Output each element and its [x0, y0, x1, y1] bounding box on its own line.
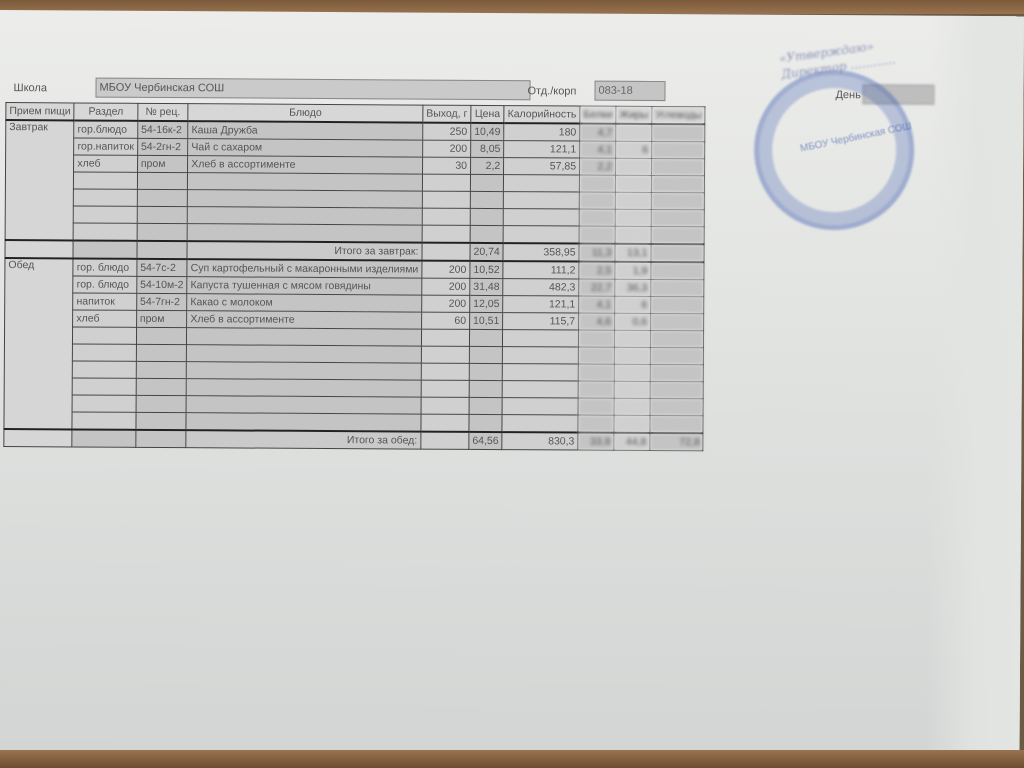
- cell-price: 10,49: [471, 123, 504, 141]
- cell-dish: [186, 379, 421, 397]
- cell-section: гор. блюдо: [73, 258, 137, 276]
- cell-section: [73, 223, 137, 241]
- cell-kcal: 57,85: [504, 158, 580, 175]
- cell-recipe: пром: [136, 310, 187, 327]
- cell-weight: 60: [421, 312, 469, 329]
- cell-dish: Какао с молоком: [187, 294, 422, 312]
- cell-recipe: 54-16к-2: [138, 121, 189, 139]
- cell-dish: [187, 345, 422, 363]
- cell-price: [470, 208, 503, 225]
- cell-fat: 0,6: [615, 313, 651, 330]
- cell-carbs: [650, 364, 704, 381]
- cell-weight: [421, 397, 469, 414]
- cell-dish: [187, 224, 422, 243]
- cell-fat: 6: [615, 296, 651, 313]
- cell-dish: [187, 328, 422, 346]
- column-header: № рец.: [138, 103, 189, 121]
- total-label: Итого за обед:: [186, 430, 421, 449]
- cell-kcal: [504, 175, 580, 192]
- cell-protein: [578, 364, 614, 381]
- cell-recipe: пром: [137, 155, 188, 172]
- total-carbs: [651, 244, 705, 262]
- desk-background-bottom: [0, 750, 1024, 768]
- cell-section: [73, 206, 137, 223]
- cell-dish: Суп картофельный с макаронными изделиями: [187, 259, 422, 278]
- cell-protein: [579, 226, 615, 244]
- cell-recipe: [136, 412, 187, 430]
- cell-carbs: [651, 158, 705, 175]
- cell-section: [72, 412, 136, 430]
- cell-weight: [422, 191, 470, 208]
- cell-protein: [578, 330, 614, 347]
- cell-recipe: [136, 327, 187, 344]
- cell-kcal: [502, 364, 578, 381]
- empty-cell: [421, 432, 469, 450]
- cell-kcal: 111,2: [503, 261, 579, 279]
- day-label: День: [835, 89, 860, 101]
- cell-weight: 250: [423, 123, 471, 141]
- cell-recipe: [137, 189, 188, 206]
- cell-price: [469, 363, 502, 380]
- cell-section: [72, 395, 136, 412]
- cell-price: [469, 397, 502, 414]
- cell-protein: 2,2: [580, 158, 616, 175]
- cell-dish: Чай с сахаром: [188, 139, 423, 157]
- column-header: Цена: [471, 105, 504, 123]
- cell-price: 2,2: [470, 157, 503, 174]
- cell-section: хлеб: [74, 155, 138, 172]
- cell-dish: [187, 207, 422, 225]
- cell-carbs: [651, 313, 705, 330]
- cell-dish: Капуста тушенная с мясом говядины: [187, 277, 422, 295]
- total-fat: 44,8: [614, 433, 650, 451]
- empty-cell: [422, 243, 470, 261]
- cell-weight: [421, 380, 469, 397]
- cell-section: гор.напиток: [74, 138, 138, 155]
- cell-recipe: [137, 172, 188, 189]
- cell-recipe: 54-2гн-2: [137, 138, 188, 155]
- cell-dish: [188, 173, 423, 191]
- cell-recipe: 54-10м-2: [137, 276, 188, 293]
- cell-kcal: [503, 330, 579, 347]
- empty-cell: [137, 241, 188, 259]
- school-field: МБОУ Чербинская СОШ: [95, 78, 530, 101]
- cell-kcal: [502, 398, 578, 415]
- empty-cell: [136, 430, 187, 448]
- cell-fat: [614, 330, 650, 347]
- cell-protein: 2,5: [579, 262, 615, 280]
- cell-price: 31,48: [470, 278, 503, 295]
- column-header: Углеводы: [652, 106, 706, 124]
- cell-fat: 36,3: [615, 279, 651, 296]
- cell-section: хлеб: [73, 310, 137, 327]
- cell-weight: 200: [422, 278, 470, 295]
- cell-weight: [422, 208, 470, 225]
- cell-carbs: [650, 330, 704, 347]
- day-field: [862, 84, 934, 104]
- total-price: 64,56: [469, 432, 502, 450]
- cell-carbs: [651, 175, 705, 192]
- cell-section: напиток: [73, 293, 137, 310]
- total-carbs: 72,8: [650, 433, 704, 451]
- column-header: Выход, г: [423, 105, 471, 123]
- cell-weight: 200: [422, 140, 470, 157]
- cell-weight: 200: [422, 261, 470, 279]
- cell-protein: 4,7: [580, 124, 616, 142]
- cell-kcal: 121,1: [503, 296, 579, 313]
- total-label: Итого за завтрак:: [187, 241, 422, 260]
- empty-cell: [72, 429, 136, 447]
- cell-weight: [421, 363, 469, 380]
- total-fat: 13,1: [615, 244, 651, 262]
- cell-protein: [579, 175, 615, 192]
- cell-section: [73, 361, 137, 378]
- cell-kcal: 115,7: [503, 313, 579, 330]
- cell-weight: [422, 225, 470, 243]
- meal-name: Завтрак: [5, 120, 74, 240]
- paper-sheet: Школа МБОУ Чербинская СОШ Отд./корп 083-…: [0, 10, 1024, 758]
- meal-name: Обед: [4, 258, 73, 429]
- cell-fat: [614, 381, 650, 398]
- approval-signature: «Утверждаю»Директор ............: [778, 36, 897, 83]
- cell-dish: Хлеб в ассортименте: [188, 156, 423, 174]
- column-header: Прием пищи: [6, 103, 74, 121]
- cell-kcal: 482,3: [503, 279, 579, 296]
- cell-fat: [614, 398, 650, 415]
- cell-price: [469, 380, 502, 397]
- cell-carbs: [650, 347, 704, 364]
- total-row: Итого за обед:64,56830,333,944,872,8: [4, 429, 704, 451]
- cell-protein: [578, 398, 614, 415]
- cell-carbs: [651, 279, 705, 296]
- cell-protein: [579, 192, 615, 209]
- cell-kcal: 121,1: [504, 141, 580, 158]
- cell-fat: [614, 415, 650, 433]
- cell-price: [469, 346, 502, 363]
- cell-carbs: [650, 415, 704, 433]
- cell-protein: [579, 209, 615, 226]
- cell-recipe: 54-7гн-2: [136, 293, 187, 310]
- cell-protein: [578, 415, 614, 433]
- cell-carbs: [651, 192, 705, 209]
- menu-table: Прием пищиРаздел№ рец.БлюдоВыход, гЦенаК…: [3, 102, 706, 451]
- cell-dish: Хлеб в ассортименте: [187, 311, 422, 329]
- empty-cell: [5, 240, 73, 258]
- cell-recipe: [136, 395, 187, 412]
- cell-price: [470, 225, 503, 243]
- cell-price: 8,05: [471, 140, 504, 157]
- cell-fat: 6: [616, 141, 652, 158]
- empty-cell: [4, 429, 72, 447]
- cell-carbs: [651, 209, 705, 226]
- dept-field: 083-18: [594, 81, 665, 101]
- total-protein: 33,9: [578, 433, 614, 451]
- cell-fat: [614, 364, 650, 381]
- cell-recipe: [136, 344, 187, 361]
- cell-carbs: [651, 226, 705, 244]
- cell-kcal: [503, 226, 579, 244]
- cell-protein: [578, 381, 614, 398]
- cell-section: [74, 172, 138, 189]
- cell-dish: [186, 396, 421, 414]
- cell-section: гор. блюдо: [73, 276, 137, 293]
- cell-recipe: [136, 378, 187, 395]
- total-kcal: 358,95: [503, 243, 579, 261]
- cell-section: [73, 327, 137, 344]
- cell-price: 10,51: [470, 312, 503, 329]
- cell-kcal: [504, 192, 580, 209]
- cell-carbs: [650, 398, 704, 415]
- cell-fat: [615, 175, 651, 192]
- cell-kcal: [503, 209, 579, 226]
- cell-price: [470, 191, 503, 208]
- total-price: 20,74: [470, 243, 503, 261]
- cell-price: 12,05: [470, 295, 503, 312]
- cell-weight: [421, 329, 469, 346]
- cell-section: [74, 189, 138, 206]
- stamp-text: МБОУ Чербинская СОШ: [799, 121, 912, 155]
- cell-dish: [186, 362, 421, 380]
- cell-fat: [616, 158, 652, 175]
- cell-fat: [615, 209, 651, 226]
- school-label: Школа: [13, 82, 47, 94]
- cell-weight: [421, 346, 469, 363]
- cell-protein: [578, 347, 614, 364]
- cell-fat: [616, 124, 652, 142]
- cell-protein: 4,1: [580, 141, 616, 158]
- column-header: Белки: [580, 106, 616, 124]
- cell-dish: Каша Дружба: [188, 121, 423, 140]
- cell-protein: 22,7: [579, 279, 615, 296]
- cell-section: [73, 344, 137, 361]
- cell-fat: [615, 192, 651, 209]
- cell-price: [470, 174, 503, 191]
- cell-kcal: [502, 415, 578, 433]
- cell-carbs: [652, 124, 706, 142]
- column-header: Калорийность: [504, 106, 580, 124]
- cell-protein: 4,1: [579, 296, 615, 313]
- empty-cell: [73, 240, 137, 258]
- cell-weight: 30: [422, 157, 470, 174]
- cell-weight: 200: [422, 295, 470, 312]
- cell-carbs: [651, 262, 705, 280]
- column-header: Жиры: [616, 106, 652, 124]
- cell-carbs: [651, 296, 705, 313]
- total-kcal: 830,3: [502, 432, 578, 450]
- cell-weight: [421, 414, 469, 432]
- cell-price: 10,52: [470, 261, 503, 279]
- cell-dish: [188, 190, 423, 208]
- column-header: Раздел: [74, 103, 138, 121]
- cell-kcal: [502, 381, 578, 398]
- cell-carbs: [650, 381, 704, 398]
- cell-price: [469, 414, 502, 432]
- dept-label: Отд./корп: [527, 85, 576, 97]
- cell-kcal: 180: [504, 123, 580, 141]
- cell-section: гор.блюдо: [74, 120, 138, 138]
- cell-recipe: [136, 361, 187, 378]
- cell-section: [72, 378, 136, 395]
- blurred-edge: [925, 16, 1024, 759]
- cell-fat: [614, 347, 650, 364]
- cell-protein: 4,6: [579, 313, 615, 330]
- cell-weight: [422, 174, 470, 191]
- cell-price: [469, 329, 502, 346]
- total-protein: 11,3: [579, 244, 615, 262]
- cell-fat: 1,9: [615, 262, 651, 280]
- cell-carbs: [652, 141, 706, 158]
- cell-recipe: 54-7с-2: [137, 259, 188, 277]
- cell-kcal: [503, 347, 579, 364]
- cell-recipe: [137, 206, 188, 223]
- cell-dish: [186, 413, 421, 432]
- cell-recipe: [137, 223, 188, 241]
- column-header: Блюдо: [188, 104, 423, 123]
- cell-fat: [615, 226, 651, 244]
